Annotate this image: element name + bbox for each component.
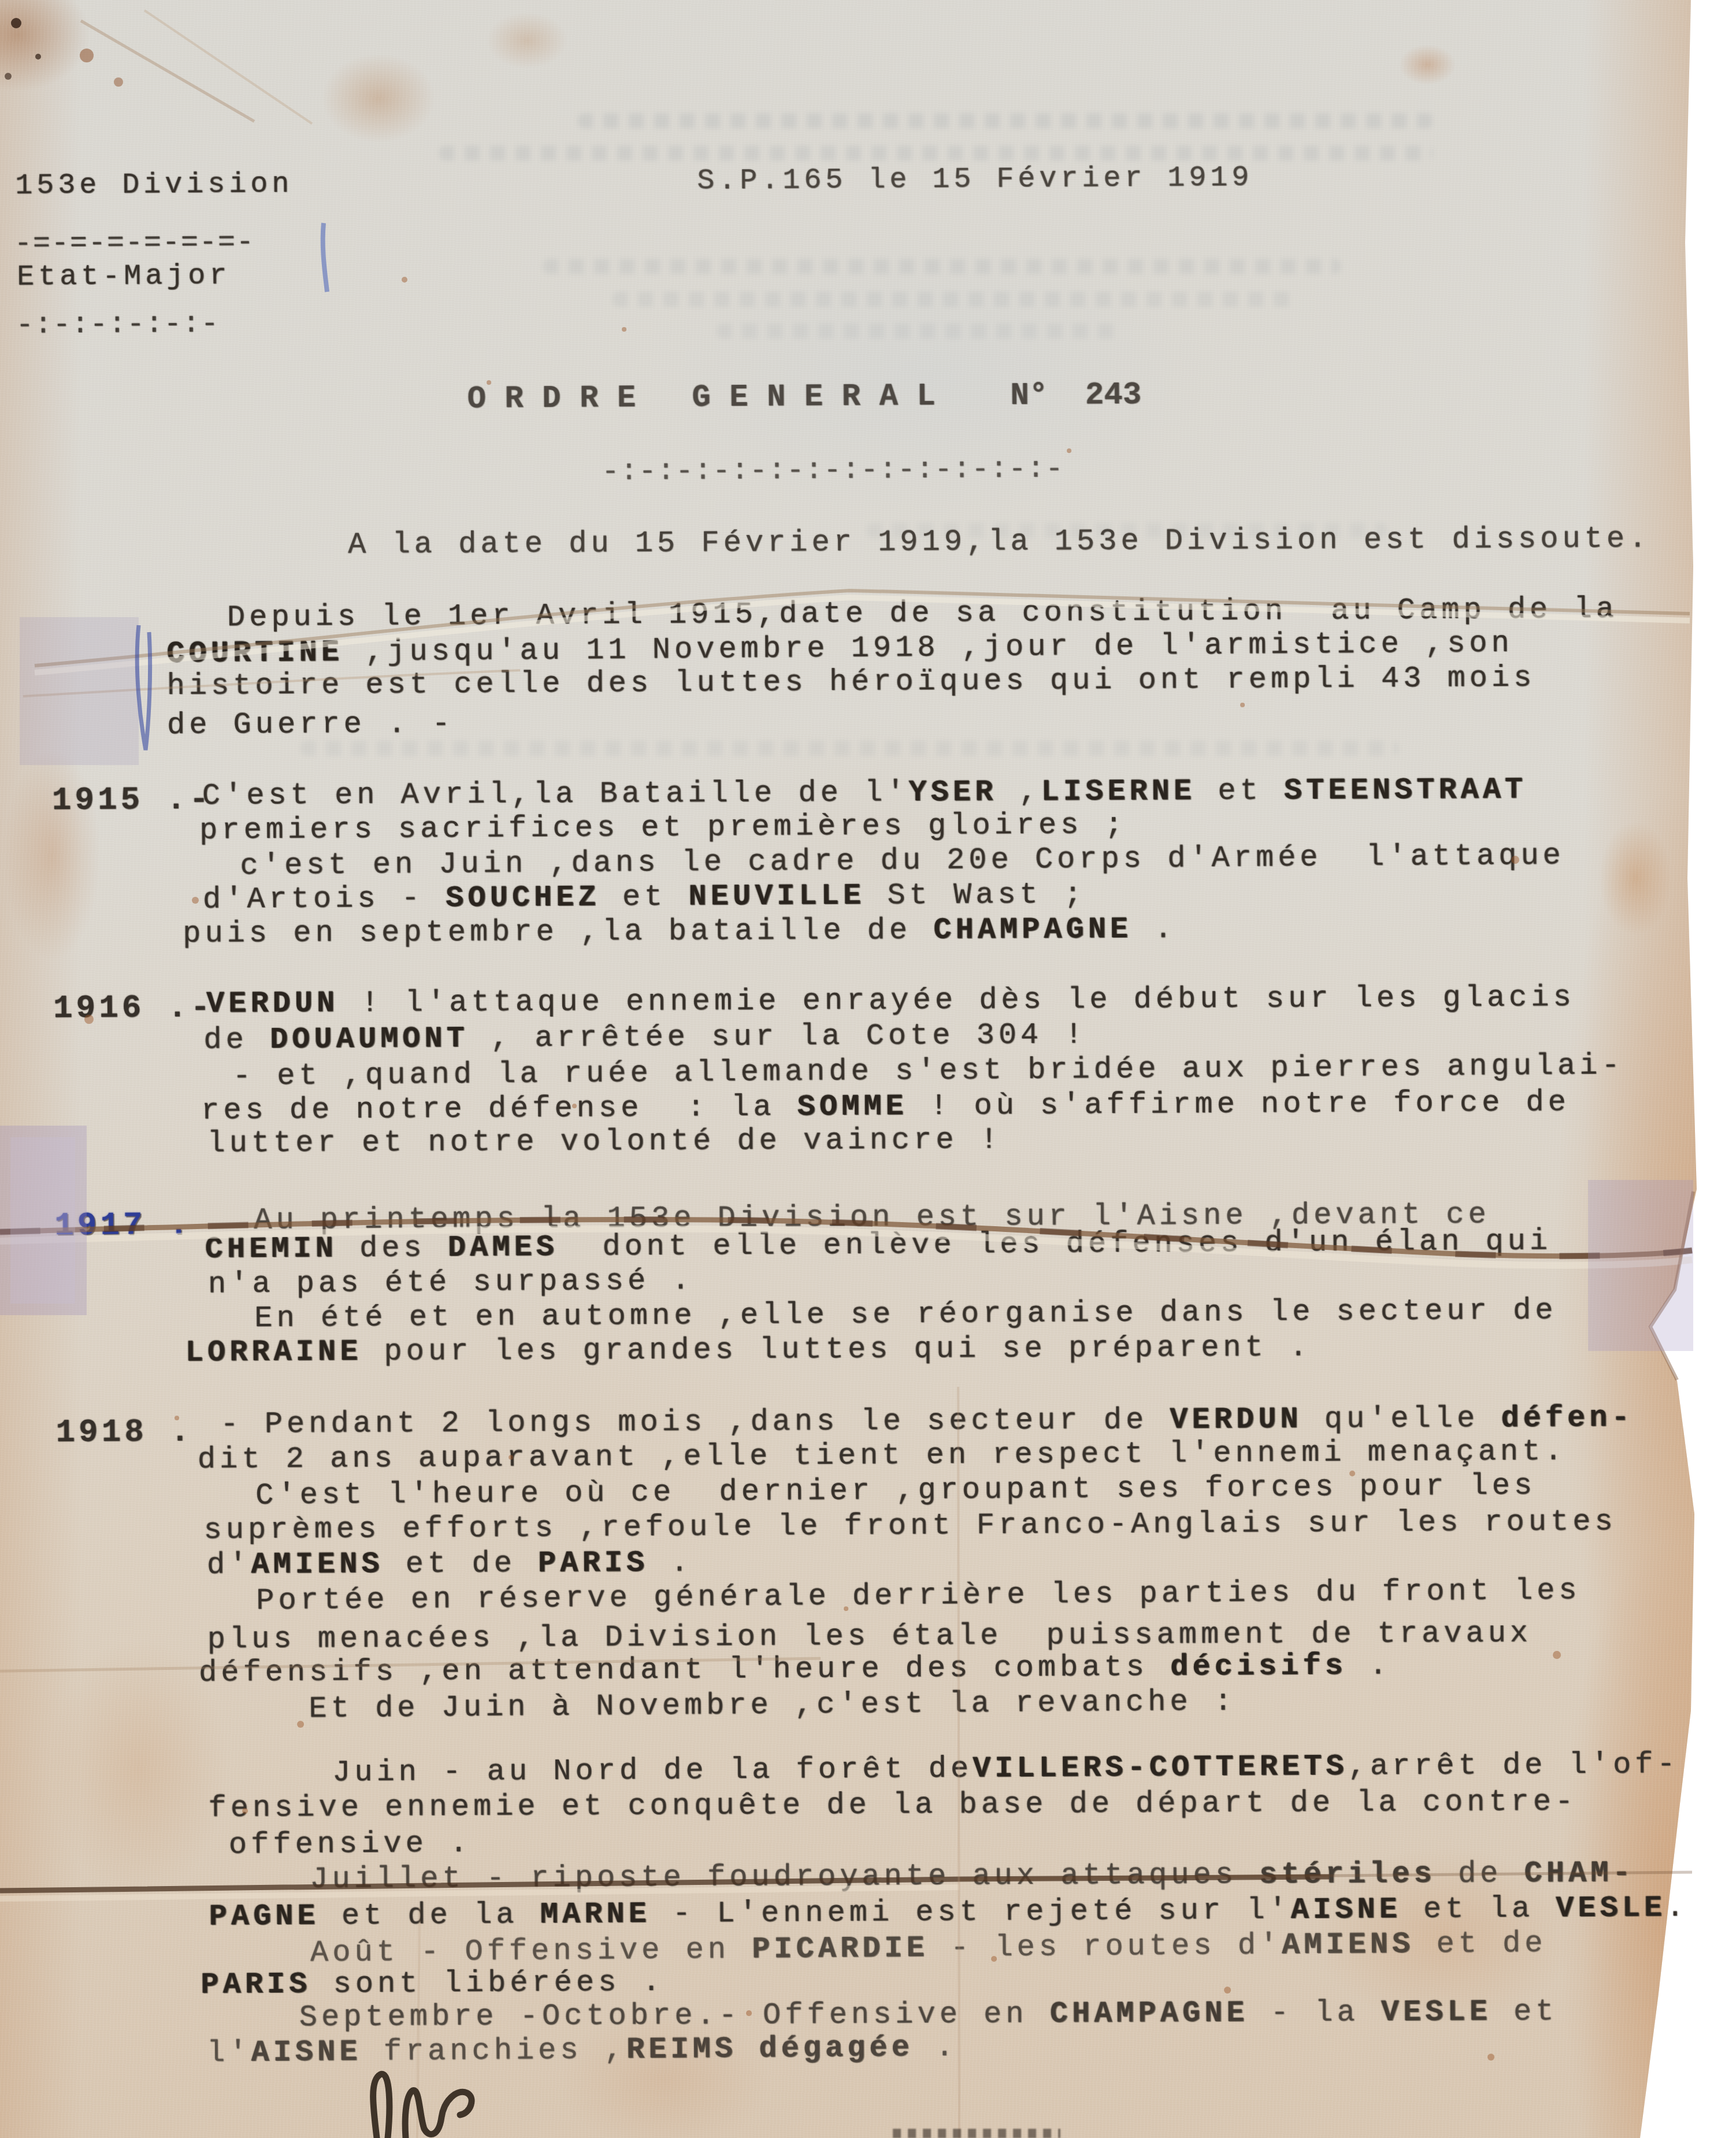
body-text: A la date du 15 Février 1919,la 153e Div… bbox=[0, 0, 1734, 1]
unit-underline: -=-=-=-=-=-=- bbox=[14, 226, 255, 261]
text-segment: qu'elle bbox=[1302, 1401, 1501, 1437]
emphasized-text: défen- bbox=[1501, 1401, 1634, 1435]
text-line: Juillet - riposte foudroyante aux attaqu… bbox=[310, 1856, 1635, 1897]
text-line: de Guerre . - bbox=[167, 707, 454, 743]
typewritten-text-layer: 153e Division -=-=-=-=-=-=- Etat-Major -… bbox=[0, 0, 1736, 2138]
emphasized-text: dégagée bbox=[759, 2031, 914, 2066]
emphasized-text: CHAM- bbox=[1524, 1856, 1634, 1891]
text-line: lutter et notre volonté de vaincre ! bbox=[207, 1123, 1002, 1161]
emphasized-text: MARNE bbox=[540, 1897, 651, 1932]
text-segment: - Pendant 2 longs mois ,dans le secteur … bbox=[220, 1403, 1170, 1442]
text-segment: Et de Juin à Novembre ,c'est la revanche… bbox=[309, 1684, 1236, 1726]
text-line: premiers sacrifices et premières gloires… bbox=[199, 808, 1127, 848]
text-segment: Juin - au Nord de la forêt de bbox=[332, 1752, 973, 1790]
emphasized-text: VILLERS-COTTERETS bbox=[973, 1750, 1348, 1786]
text-segment bbox=[737, 2032, 759, 2066]
text-segment: . bbox=[913, 2031, 958, 2065]
text-segment: C'est en Avril,la Bataille de l' bbox=[202, 775, 909, 813]
emphasized-text: AMIENS bbox=[1282, 1927, 1415, 1962]
text-segment: et de bbox=[1414, 1927, 1547, 1962]
text-segment: et la bbox=[1401, 1891, 1556, 1927]
text-segment: . bbox=[1132, 912, 1177, 946]
text-segment: - les routes d' bbox=[928, 1928, 1282, 1965]
text-line: En été et en automne ,elle se réorganise… bbox=[254, 1293, 1557, 1336]
emphasized-text: YSER bbox=[908, 775, 997, 810]
text-segment: Août - Offensive en bbox=[310, 1932, 752, 1970]
emphasized-text: AISNE bbox=[1290, 1892, 1401, 1927]
dateline: S.P.165 le 15 Février 1919 bbox=[697, 162, 1253, 198]
text-segment: . bbox=[1346, 1649, 1391, 1683]
text-segment: res de notre défense : la bbox=[201, 1090, 797, 1127]
emphasized-text: LISERNE bbox=[1041, 774, 1196, 809]
text-segment: . bbox=[1666, 1891, 1689, 1925]
text-segment: , arrêtée sur la Cote 304 ! bbox=[469, 1018, 1087, 1056]
text-line: puis en septembre ,la bataille de CHAMPA… bbox=[183, 912, 1177, 952]
text-segment: et de bbox=[383, 1546, 538, 1581]
text-segment: puis en septembre ,la bataille de bbox=[183, 914, 933, 951]
text-line: offensive . bbox=[229, 1827, 472, 1863]
emphasized-text: PAGNE bbox=[209, 1899, 319, 1934]
year-label-1918: 1918 . bbox=[55, 1413, 193, 1451]
text-segment: fensive ennemie et conquête de la base d… bbox=[208, 1785, 1577, 1825]
text-segment: En été et en automne ,elle se réorganise… bbox=[254, 1293, 1557, 1335]
text-segment: pour les grandes luttes qui se préparent… bbox=[362, 1330, 1311, 1369]
year-label-1917: 1917 . bbox=[54, 1207, 192, 1244]
text-segment: . bbox=[648, 1546, 693, 1580]
text-line: l'AISNE franchies ,REIMS dégagée . bbox=[207, 2031, 958, 2071]
emphasized-text: stériles bbox=[1259, 1857, 1436, 1892]
office-underline: -:-:-:-:-:- bbox=[16, 308, 220, 342]
emphasized-text: DAMES bbox=[448, 1230, 558, 1265]
emphasized-text: PARIS bbox=[201, 1968, 311, 2002]
emphasized-text: PICARDIE bbox=[752, 1931, 929, 1966]
text-segment: de Guerre . - bbox=[167, 707, 454, 742]
text-line: VERDUN ! l'attaque ennemie enrayée dès l… bbox=[206, 981, 1575, 1022]
emphasized-text: SOMME bbox=[797, 1089, 907, 1124]
text-segment: dont elle enlève les défenses d'un élan … bbox=[558, 1224, 1552, 1264]
emphasized-text: LORRAINE bbox=[185, 1335, 362, 1369]
emphasized-text: SOUCHEZ bbox=[446, 881, 600, 916]
text-segment: franchies , bbox=[361, 2033, 626, 2069]
emphasized-text: CHAMPAGNE bbox=[933, 912, 1132, 948]
text-line: d'AMIENS et de PARIS . bbox=[207, 1546, 693, 1583]
text-line: Juin - au Nord de la forêt deVILLERS-COT… bbox=[332, 1747, 1679, 1790]
text-line: CHEMIN des DAMES dont elle enlève les dé… bbox=[205, 1224, 1552, 1267]
text-segment: , bbox=[997, 775, 1041, 809]
text-segment: des bbox=[337, 1231, 448, 1265]
text-segment: et de la bbox=[319, 1898, 540, 1933]
text-segment: d'Artois - bbox=[203, 881, 446, 917]
text-segment: lutter et notre volonté de vaincre ! bbox=[207, 1123, 1002, 1160]
emphasized-text: DOUAUMONT bbox=[270, 1022, 469, 1057]
text-segment: St Wast ; bbox=[865, 877, 1086, 912]
text-line: n'a pas été surpassé . bbox=[208, 1264, 694, 1302]
emphasized-text: REIMS bbox=[626, 2032, 737, 2067]
text-segment: sont libérées . bbox=[311, 1965, 665, 2002]
text-line: Août - Offensive en PICARDIE - les route… bbox=[310, 1927, 1547, 1971]
emphasized-text: STEENSTRAAT bbox=[1284, 773, 1527, 808]
emphasized-text: AISNE bbox=[251, 2035, 361, 2070]
year-label-1916: 1916 .- bbox=[53, 989, 214, 1027]
text-segment: ,arrêt de l'of- bbox=[1348, 1747, 1679, 1783]
title-underline: -:-:-:-:-:-:-:-:-:-:-:-:- bbox=[602, 453, 1064, 489]
text-segment: Septembre -Octobre.- Offensive en bbox=[299, 1997, 1050, 2035]
text-line: d'Artois - SOUCHEZ et NEUVILLE St Wast ; bbox=[203, 877, 1086, 917]
text-segment: n'a pas été surpassé . bbox=[208, 1264, 694, 1302]
emphasized-text: PARIS bbox=[538, 1546, 648, 1580]
text-line: LORRAINE pour les grandes luttes qui se … bbox=[185, 1330, 1311, 1370]
emphasized-text: VESLE bbox=[1381, 1995, 1492, 2029]
emphasized-text: VESLE bbox=[1556, 1891, 1666, 1925]
text-segment: défensifs ,en attendant l'heure des comb… bbox=[199, 1650, 1170, 1690]
text-line: Septembre -Octobre.- Offensive en CHAMPA… bbox=[299, 1995, 1558, 2035]
text-segment: - la bbox=[1248, 1995, 1381, 2030]
text-segment: et bbox=[1196, 774, 1284, 808]
emphasized-text: COURTINE bbox=[166, 636, 343, 671]
text-segment: premiers sacrifices et premières gloires… bbox=[199, 808, 1127, 848]
text-line: PARIS sont libérées . bbox=[201, 1965, 665, 2003]
text-segment: et bbox=[1492, 1995, 1558, 2029]
text-segment: offensive . bbox=[229, 1827, 472, 1862]
text-line: A la date du 15 Février 1919,la 153e Div… bbox=[348, 522, 1650, 563]
emphasized-text: VERDUN bbox=[1170, 1402, 1303, 1437]
order-title: O R D R E G E N E R A L N° 243 bbox=[467, 378, 1141, 417]
emphasized-text: NEUVILLE bbox=[688, 879, 865, 914]
emphasized-text: AMIENS bbox=[251, 1547, 384, 1582]
text-segment: d' bbox=[207, 1548, 251, 1582]
year-label-1915: 1915 .- bbox=[52, 781, 213, 819]
text-segment: ! où s'affirme notre force de bbox=[907, 1085, 1570, 1123]
text-segment: - L'ennemi est rejeté sur l' bbox=[651, 1893, 1291, 1931]
emphasized-text: CHEMIN bbox=[205, 1231, 337, 1266]
emphasized-text: décisifs bbox=[1170, 1649, 1347, 1684]
emphasized-text: CHAMPAGNE bbox=[1050, 1996, 1249, 2031]
text-segment: ! l'attaque ennemie enrayée dès le début… bbox=[339, 981, 1575, 1020]
text-segment: de bbox=[1436, 1857, 1524, 1891]
text-segment: et bbox=[600, 880, 688, 915]
text-line: fensive ennemie et conquête de la base d… bbox=[208, 1785, 1577, 1826]
text-segment: Juillet - riposte foudroyante aux attaqu… bbox=[310, 1858, 1259, 1896]
text-line: Et de Juin à Novembre ,c'est la revanche… bbox=[309, 1684, 1236, 1727]
text-line: C'est en Avril,la Bataille de l'YSER ,LI… bbox=[202, 773, 1527, 814]
text-segment: l' bbox=[207, 2036, 251, 2070]
cutoff-typed-fragment bbox=[893, 2129, 1060, 2138]
text-segment: A la date du 15 Février 1919,la 153e Div… bbox=[348, 522, 1650, 562]
text-segment: de bbox=[203, 1023, 270, 1057]
text-line: de DOUAUMONT , arrêtée sur la Cote 304 ! bbox=[203, 1018, 1087, 1057]
office-name: Etat-Major bbox=[17, 259, 231, 294]
emphasized-text: VERDUN bbox=[206, 986, 339, 1021]
unit-name: 153e Division bbox=[15, 168, 293, 203]
